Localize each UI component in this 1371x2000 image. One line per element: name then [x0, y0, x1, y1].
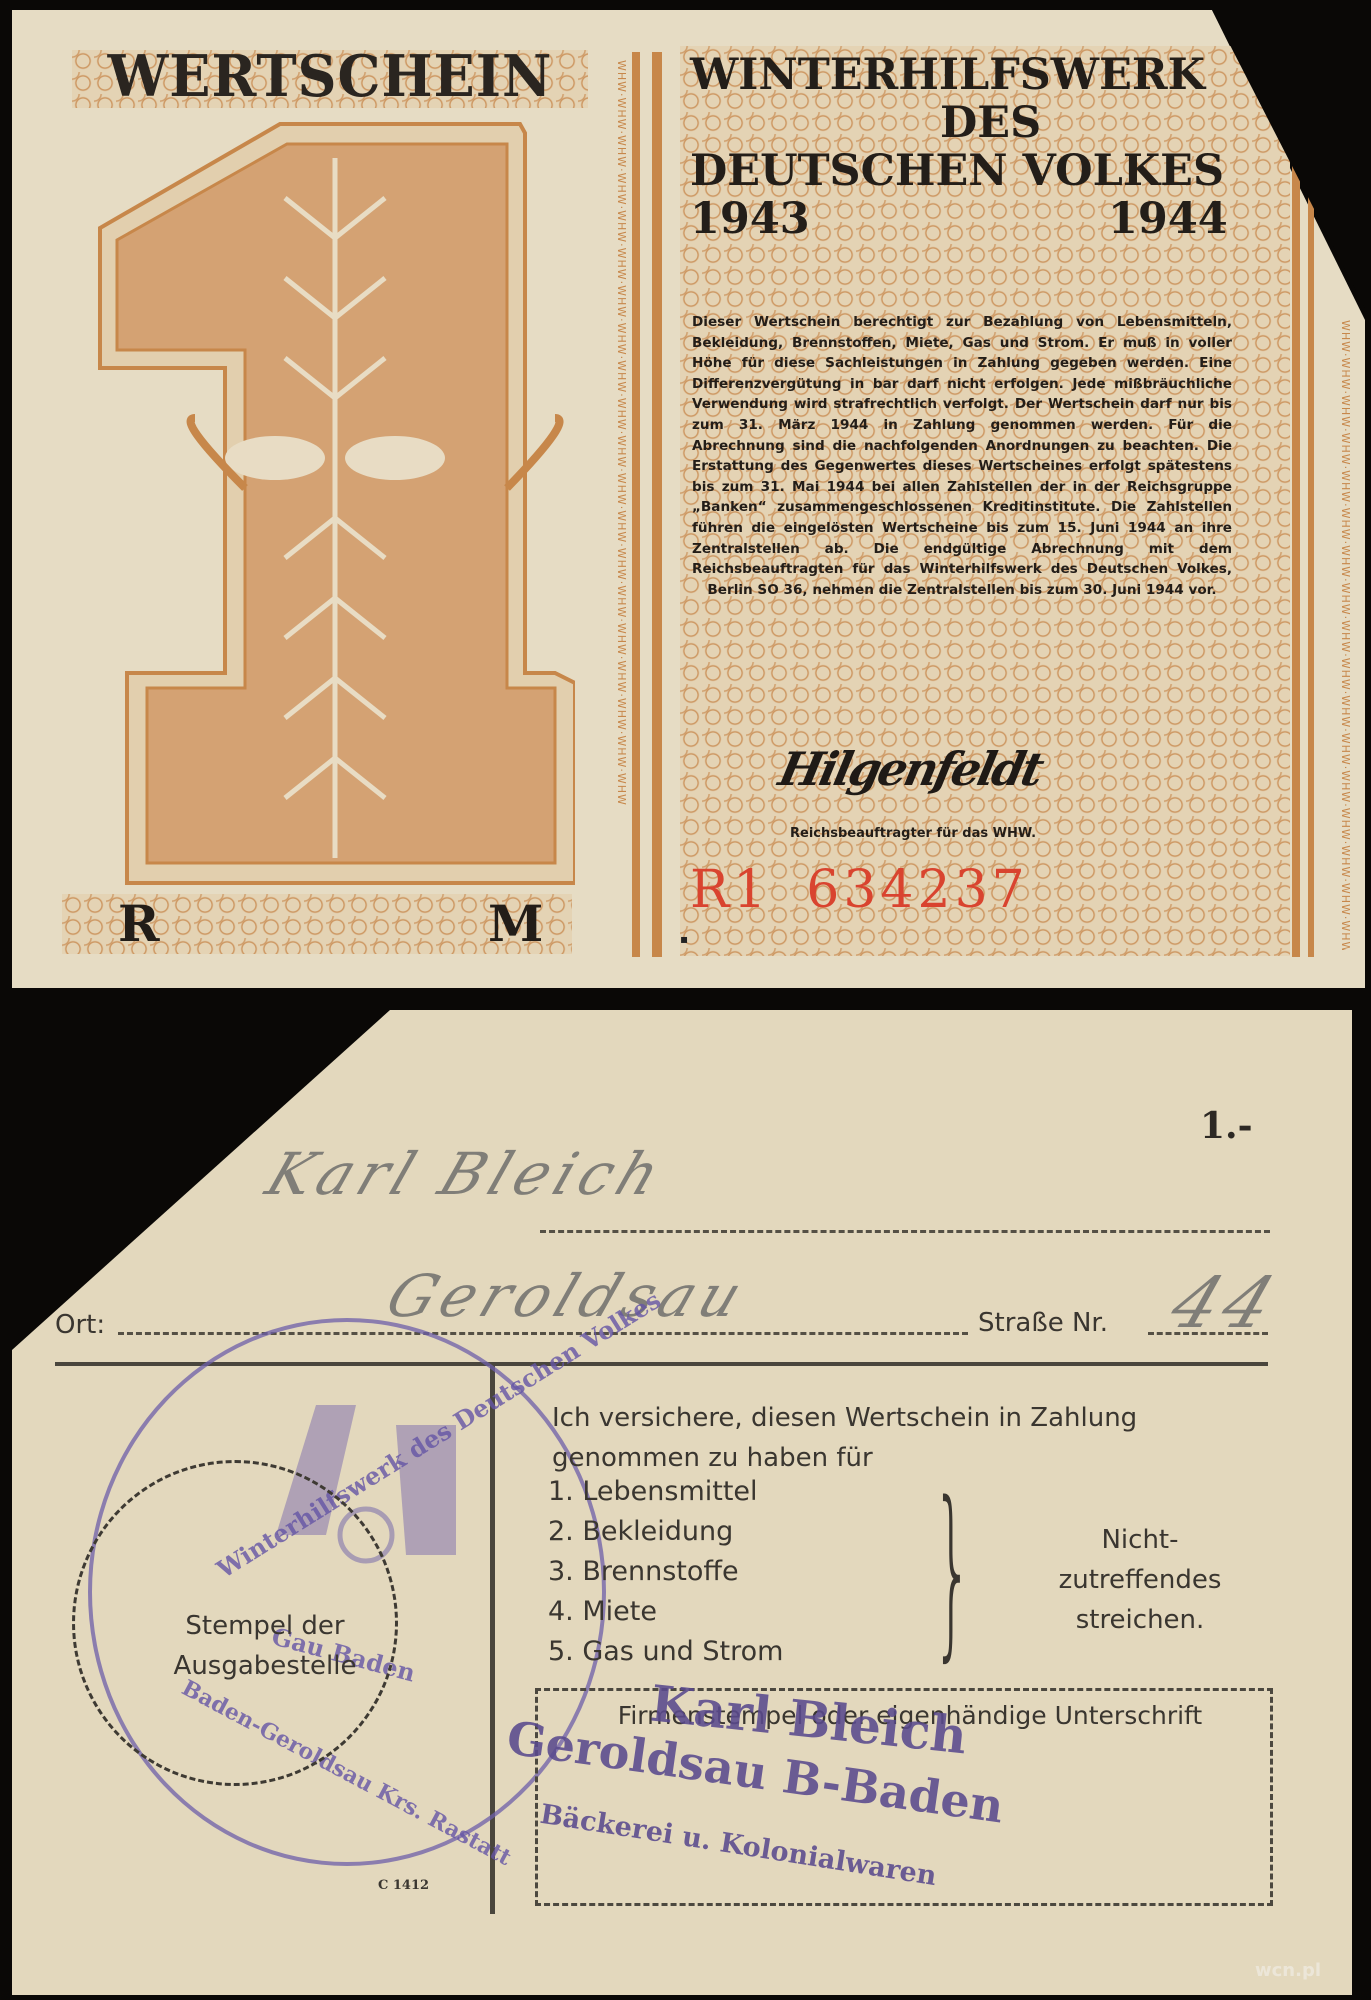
- brace-icon: }: [932, 1478, 973, 1663]
- signature: Hilgenfeldt: [774, 742, 1046, 796]
- voucher-terms-text: Dieser Wertschein berechtigt zur Bezahlu…: [692, 312, 1232, 600]
- denomination-numeral-1: [55, 118, 575, 893]
- ort-label: Ort:: [55, 1310, 105, 1340]
- year-end: 1944: [1108, 198, 1228, 241]
- vertical-rule: [652, 52, 662, 957]
- header-line-1: WINTERHILFSWERK: [690, 54, 1205, 97]
- currency-letter-r: R: [118, 894, 160, 953]
- year-start: 1943: [690, 198, 810, 241]
- form-code: C 1412: [378, 1878, 429, 1893]
- assurance-text: Ich versichere, diesen Wertschein in Zah…: [552, 1398, 1282, 1478]
- option-lebensmittel: 1. Lebensmittel: [548, 1476, 758, 1507]
- back-denomination: 1.-: [1200, 1105, 1253, 1147]
- strasse-label: Straße Nr.: [978, 1308, 1108, 1338]
- printer-mark: ▪: [680, 932, 688, 946]
- vertical-rule: [632, 52, 640, 957]
- header-line-3: DEUTSCHEN VOLKES: [690, 150, 1224, 193]
- serial-number: R1634237: [690, 860, 1029, 920]
- serial-digits: 634237: [806, 860, 1029, 920]
- voucher-title: WERTSCHEIN: [60, 42, 600, 109]
- serial-prefix: R1: [690, 860, 770, 920]
- vertical-rule: [1308, 52, 1314, 957]
- signature-caption: Reichsbeauftragter für das WHW.: [790, 826, 1036, 841]
- currency-letter-m: M: [488, 894, 543, 953]
- ort-line: [118, 1332, 968, 1335]
- header-line-2: DES: [940, 102, 1041, 145]
- watermark: wcn.pl: [1255, 1960, 1321, 1981]
- option-bekleidung: 2. Bekleidung: [548, 1516, 733, 1547]
- handwritten-name: Karl Bleich: [258, 1140, 675, 1208]
- name-line: [540, 1230, 1270, 1233]
- option-gas-strom: 5. Gas und Strom: [548, 1636, 783, 1667]
- option-brennstoffe: 3. Brennstoffe: [548, 1556, 739, 1587]
- issuer-stamp-label: Stempel der Ausgabestelle: [120, 1606, 410, 1686]
- whw-border-text-left: WHW·WHW·WHW·WHW·WHW·WHW·WHW·WHW·WHW·WHW·…: [598, 60, 628, 950]
- whw-border-text-right: WHW·WHW·WHW·WHW·WHW·WHW·WHW·WHW·WHW·WHW·…: [1322, 320, 1352, 950]
- option-miete: 4. Miete: [548, 1596, 657, 1627]
- strike-instruction: Nicht-zutreffendes streichen.: [1040, 1520, 1240, 1640]
- handwritten-place: Geroldsau: [378, 1262, 757, 1330]
- vertical-rule: [1292, 52, 1300, 957]
